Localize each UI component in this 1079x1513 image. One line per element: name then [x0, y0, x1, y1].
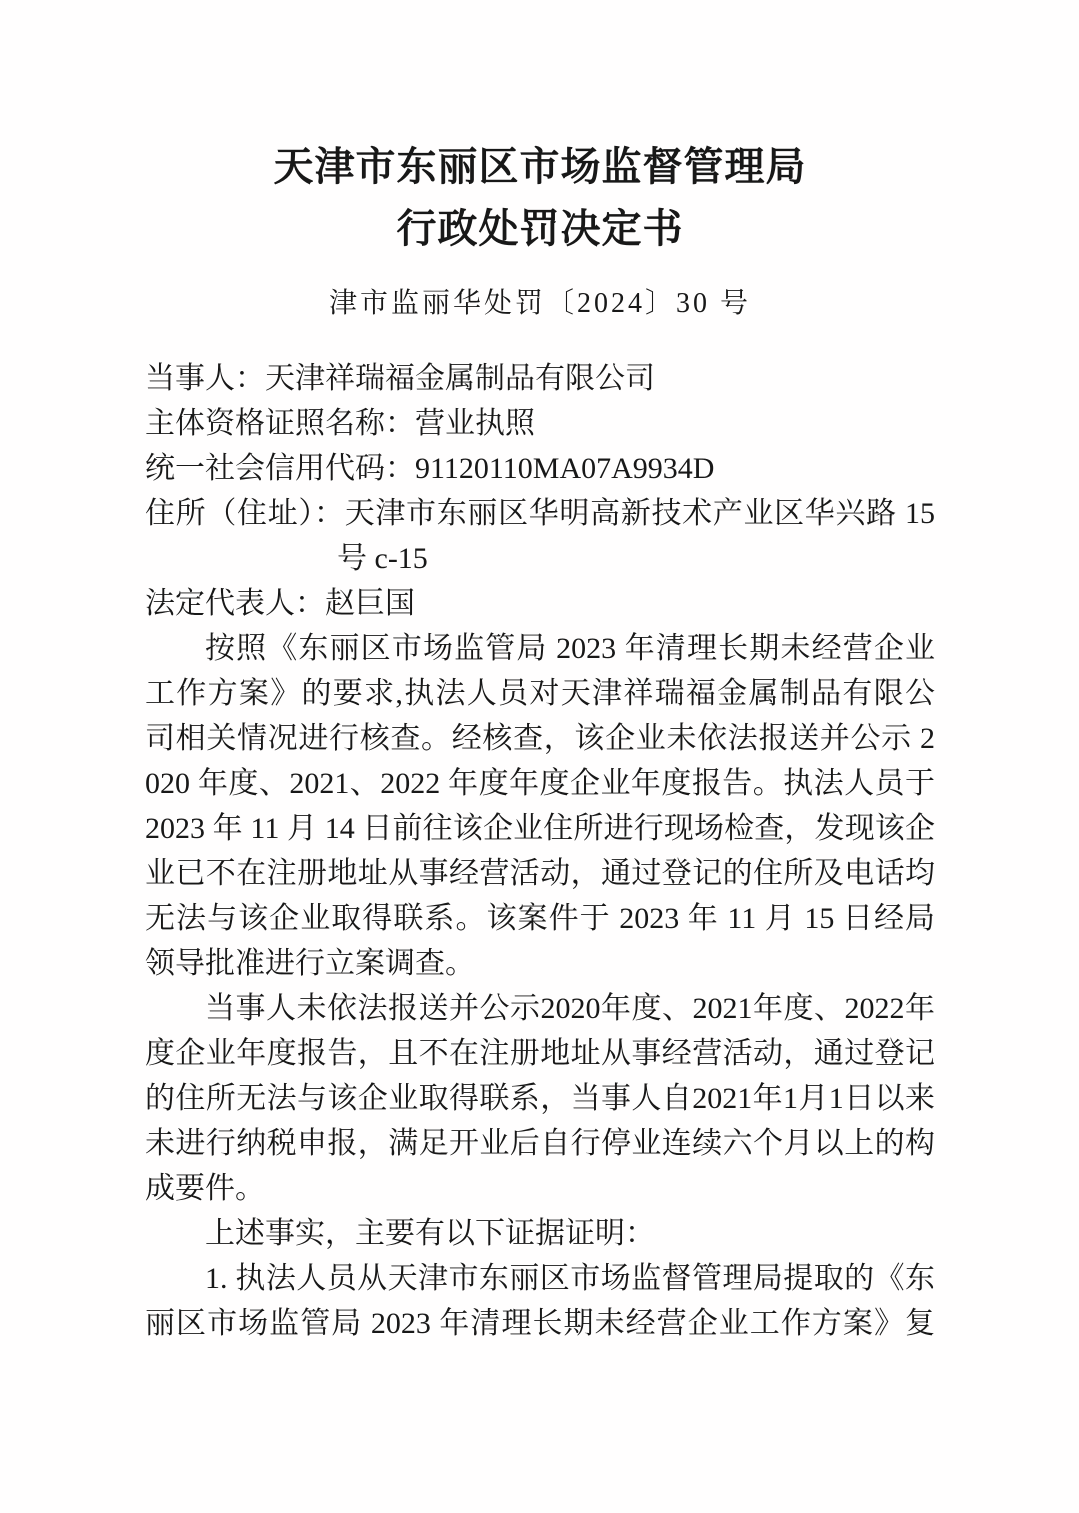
document-page: 天津市东丽区市场监督管理局 行政处罚决定书 津市监丽华处罚〔2024〕30 号 … [0, 0, 1079, 1513]
text-line: 号 c-15 [145, 536, 935, 581]
text-line: 成要件。 [145, 1166, 935, 1211]
text-line: 司相关情况进行核查。经核查，该企业未依法报送并公示 2 [145, 716, 935, 761]
document-title: 天津市东丽区市场监督管理局 行政处罚决定书 [145, 136, 935, 260]
document-title-line2: 行政处罚决定书 [145, 198, 935, 260]
document-content: 天津市东丽区市场监督管理局 行政处罚决定书 津市监丽华处罚〔2024〕30 号 … [145, 0, 935, 1346]
text-line: 2023 年 11 月 14 日前往该企业住所进行现场检查，发现该企 [145, 806, 935, 851]
text-line: 工作方案》的要求,执法人员对天津祥瑞福金属制品有限公 [145, 671, 935, 716]
text-line: 丽区市场监管局 2023 年清理长期未经营企业工作方案》复 [145, 1301, 935, 1346]
text-line: 1. 执法人员从天津市东丽区市场监督管理局提取的《东 [145, 1256, 935, 1301]
text-line: 住所（住址）：天津市东丽区华明高新技术产业区华兴路 15 [145, 491, 935, 536]
text-line: 当事人未依法报送并公示2020年度、2021年度、2022年 [145, 986, 935, 1031]
document-body: 当事人：天津祥瑞福金属制品有限公司主体资格证照名称：营业执照统一社会信用代码：9… [145, 356, 935, 1346]
text-line: 主体资格证照名称：营业执照 [145, 401, 935, 446]
text-line: 未进行纳税申报，满足开业后自行停业连续六个月以上的构 [145, 1121, 935, 1166]
text-line: 领导批准进行立案调查。 [145, 941, 935, 986]
text-line: 统一社会信用代码：91120110MA07A9934D [145, 446, 935, 491]
text-line: 无法与该企业取得联系。该案件于 2023 年 11 月 15 日经局 [145, 896, 935, 941]
text-line: 按照《东丽区市场监管局 2023 年清理长期未经营企业 [145, 626, 935, 671]
text-line: 上述事实，主要有以下证据证明： [145, 1211, 935, 1256]
text-line: 的住所无法与该企业取得联系，当事人自2021年1月1日以来 [145, 1076, 935, 1121]
document-number: 津市监丽华处罚〔2024〕30 号 [145, 286, 935, 322]
text-line: 当事人：天津祥瑞福金属制品有限公司 [145, 356, 935, 401]
text-line: 业已不在注册地址从事经营活动，通过登记的住所及电话均 [145, 851, 935, 896]
text-line: 度企业年度报告，且不在注册地址从事经营活动，通过登记 [145, 1031, 935, 1076]
text-line: 020 年度、2021、2022 年度年度企业年度报告。执法人员于 [145, 761, 935, 806]
text-line: 法定代表人：赵巨国 [145, 581, 935, 626]
document-title-line1: 天津市东丽区市场监督管理局 [145, 136, 935, 198]
